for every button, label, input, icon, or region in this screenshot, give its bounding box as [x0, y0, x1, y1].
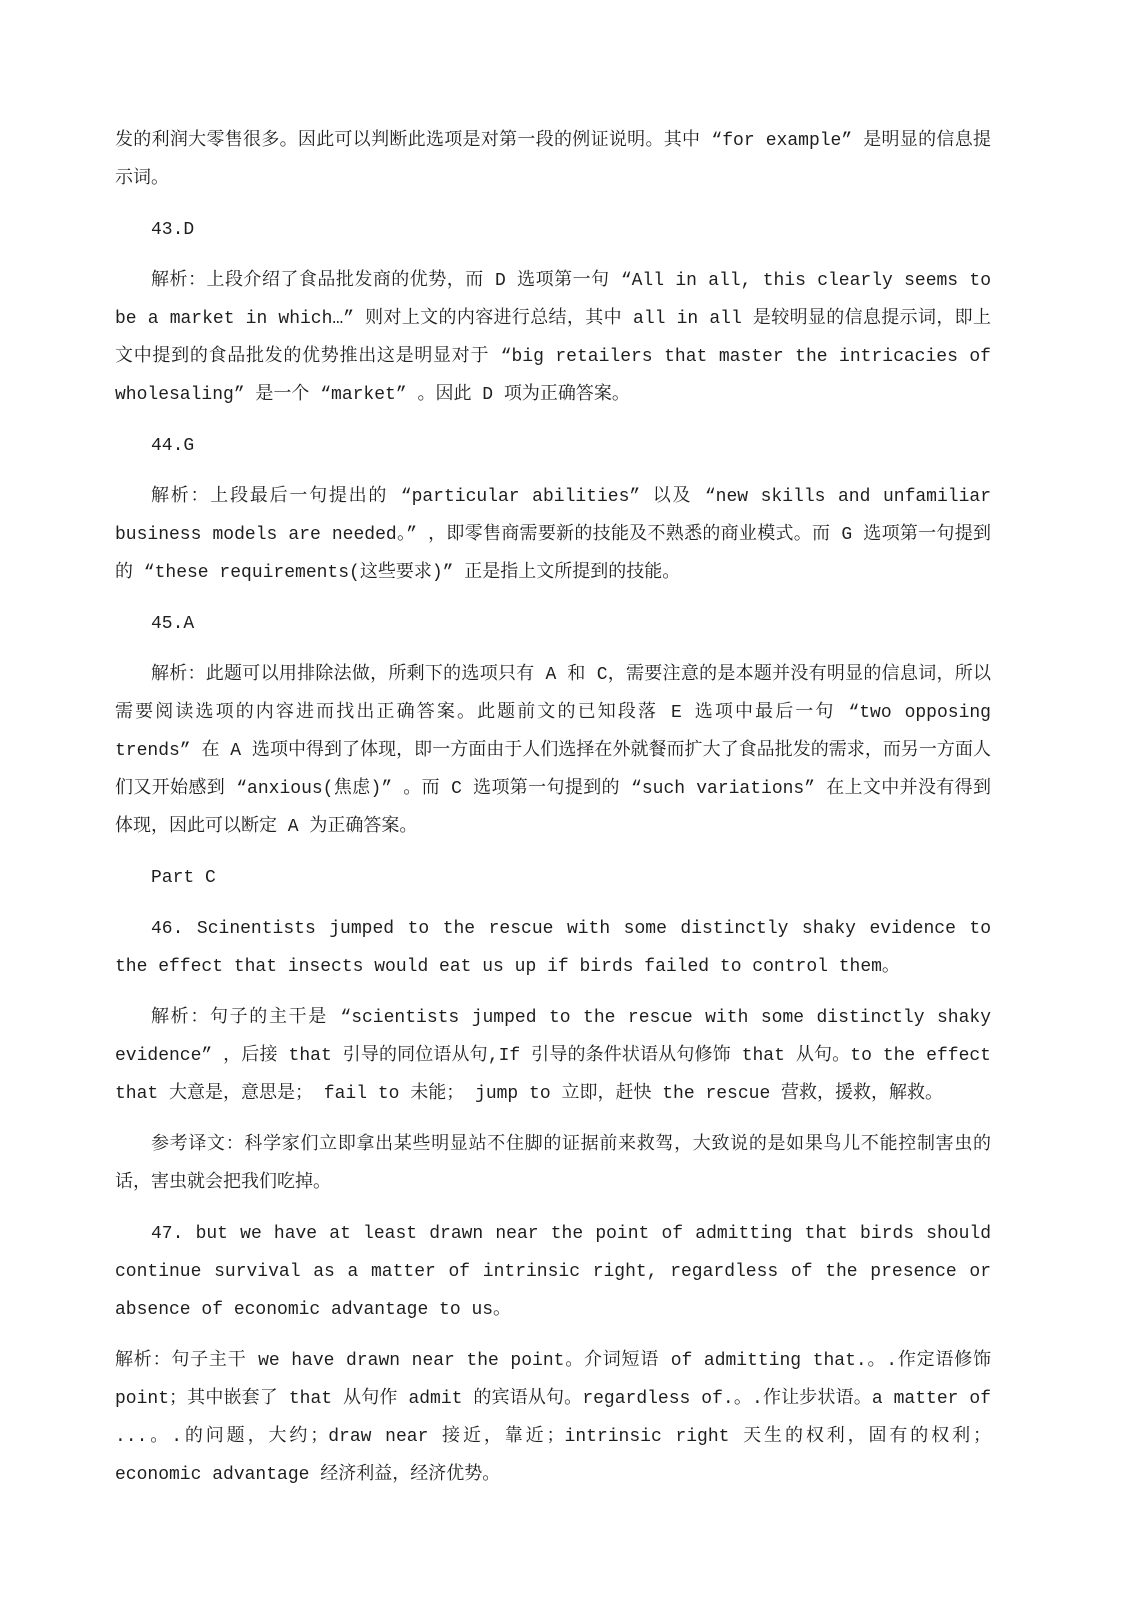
- explanation-47: 解析：句子主干 we have drawn near the point。介词短…: [115, 1342, 991, 1494]
- explanation-45: 解析：此题可以用排除法做，所剩下的选项只有 A 和 C，需要注意的是本题并没有明…: [115, 656, 991, 846]
- question-47: 47. but we have at least drawn near the …: [115, 1215, 991, 1329]
- answer-heading-43: 43.D: [115, 211, 991, 249]
- reference-translation-46: 参考译文：科学家们立即拿出某些明显站不住脚的证据前来救驾，大致说的是如果鸟儿不能…: [115, 1126, 991, 1202]
- answer-heading-45: 45.A: [115, 605, 991, 643]
- explanation-43: 解析：上段介绍了食品批发商的优势，而 D 选项第一句 “All in all, …: [115, 262, 991, 414]
- answer-heading-44: 44.G: [115, 427, 991, 465]
- part-c-heading: Part C: [115, 859, 991, 897]
- question-46: 46. Scinentists jumped to the rescue wit…: [115, 910, 991, 986]
- explanation-46: 解析：句子的主干是 “scientists jumped to the resc…: [115, 999, 991, 1113]
- explanation-44: 解析：上段最后一句提出的 “particular abilities” 以及 “…: [115, 478, 991, 592]
- continuation-paragraph: 发的利润大零售很多。因此可以判断此选项是对第一段的例证说明。其中 “for ex…: [115, 122, 991, 198]
- document-page: 发的利润大零售很多。因此可以判断此选项是对第一段的例证说明。其中 “for ex…: [0, 0, 1131, 1600]
